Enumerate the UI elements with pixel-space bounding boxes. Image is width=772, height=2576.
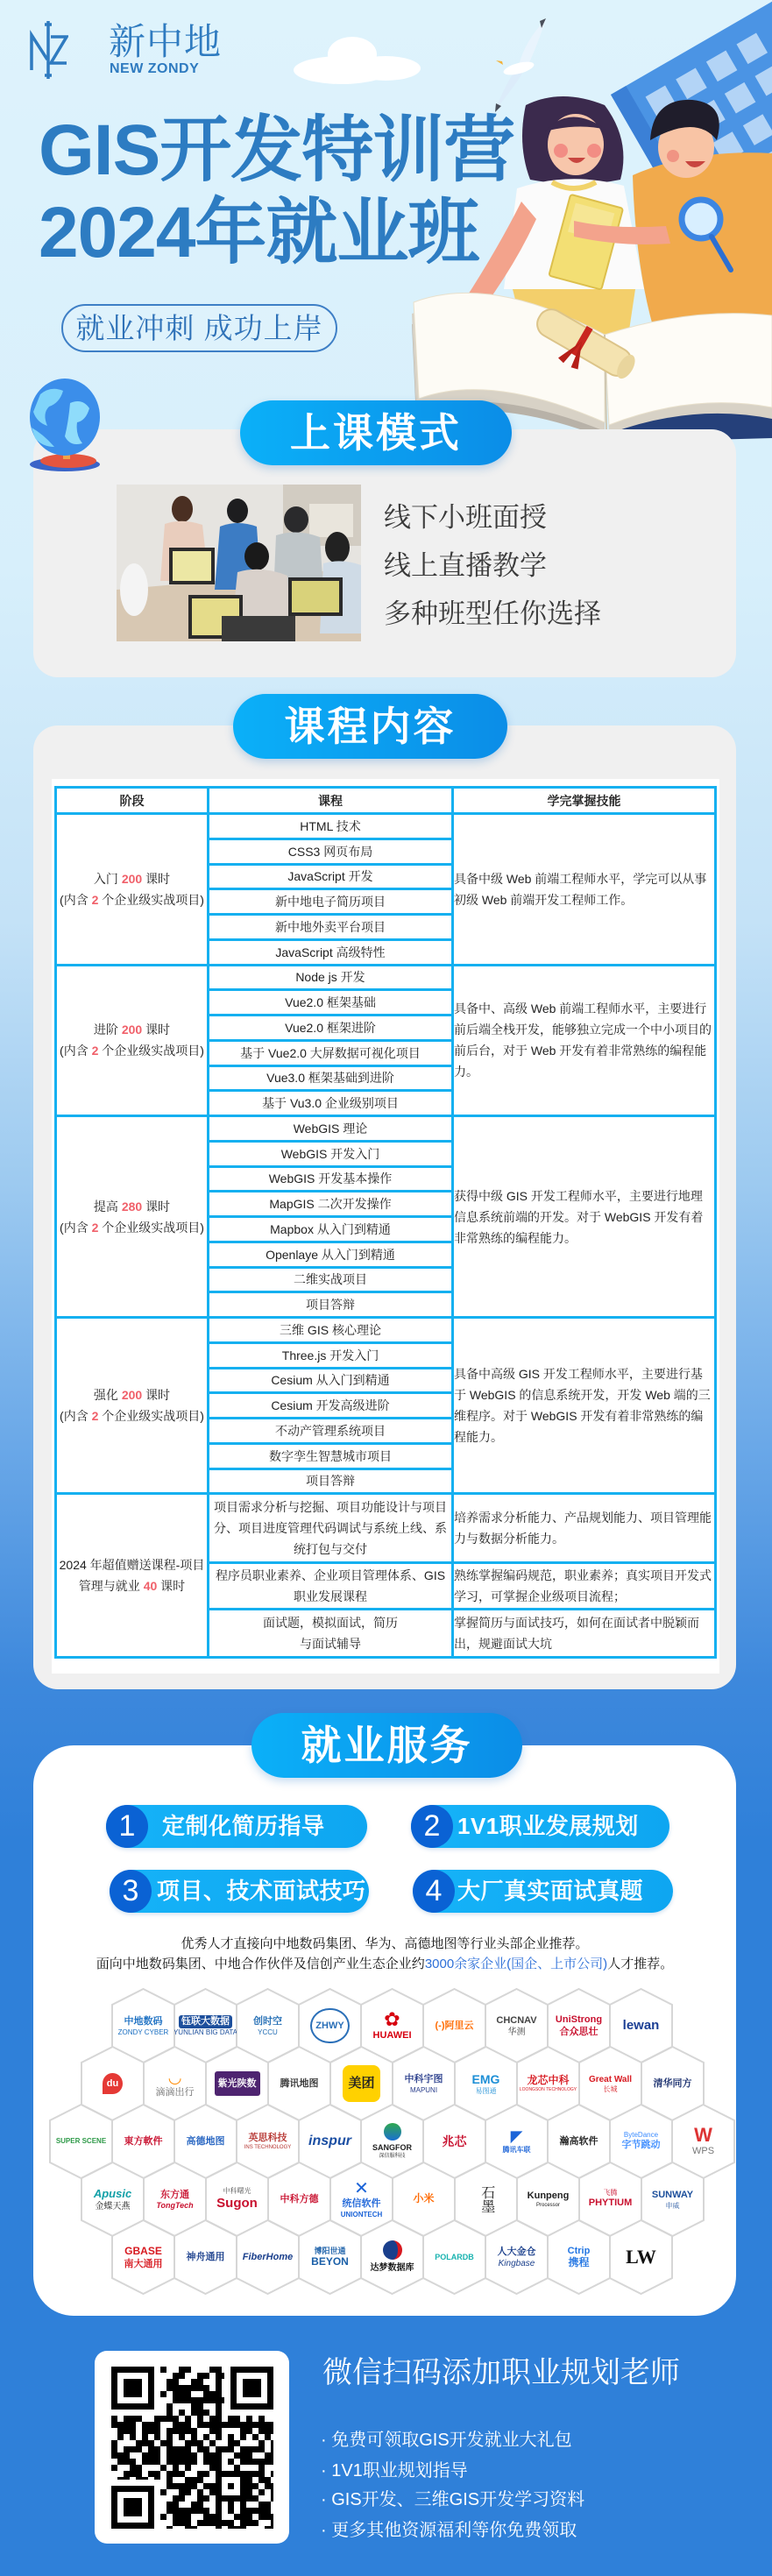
sangfor-globe-icon	[384, 2123, 401, 2141]
course-cell: 项目需求分析与挖掘、项目功能设计与项目分、项目进度管理代码调试与系统上线、系统打…	[209, 1494, 453, 1563]
huawei-petal-icon: ✿	[384, 2010, 400, 2029]
course-cell: Cesium 从入门到精通	[209, 1368, 453, 1393]
logo-name: 紫光陕数	[215, 2071, 260, 2097]
course-cell: Vue2.0 框架进阶	[209, 1016, 453, 1041]
partner-logo-lw: LW	[610, 2220, 672, 2294]
stage-cell-improve: 提高 280 课时 (内含 2 个企业级实战项目)	[56, 1116, 209, 1318]
table-row: 2024 年超值赠送课程-项目管理与就业 40 课时 项目需求分析与挖掘、项目功…	[56, 1494, 716, 1563]
logo-name: 钰联大数据	[179, 2015, 232, 2028]
stage-project-count: 2	[92, 893, 99, 907]
course-cell: WebGIS 开发基本操作	[209, 1166, 453, 1192]
service-resume-guidance: 1 定制化简历指导	[106, 1805, 367, 1848]
logo-name: 神舟通用	[184, 2251, 228, 2264]
logo-name: SUNWAY	[649, 2189, 696, 2202]
course-cell: 基于 Vue2.0 大屏数据可视化项目	[209, 1040, 453, 1065]
stage-hours: 280	[122, 1200, 142, 1214]
header-stage: 阶段	[56, 788, 209, 814]
logo-name: 英思科技	[246, 2132, 290, 2145]
logo-name: 中科方德	[278, 2193, 322, 2206]
logo-name: Great Wall	[586, 2074, 634, 2086]
logo-name: du	[103, 2073, 123, 2095]
benefit-item: · 1V1职业规划指导	[321, 2459, 468, 2482]
partner-logo-kingbase: 人大金仓Kingbase	[485, 2220, 548, 2294]
classroom-photo	[117, 485, 361, 641]
table-row: 入门 200 课时 (内含 2 个企业级实战项目) HTML 技术 具备中级 W…	[56, 814, 716, 839]
table-row: 进阶 200 课时 (内含 2 个企业级实战项目) Node js 开发 具备中…	[56, 965, 716, 990]
course-cell: WebGIS 开发入门	[209, 1141, 453, 1166]
logo-sub: 申威	[666, 2202, 680, 2210]
service-label: 大厂真实面试真题	[457, 1870, 643, 1913]
stage-name: 进阶	[94, 1023, 118, 1037]
stage-hours: 200	[122, 872, 142, 886]
number-badge: 4	[413, 1870, 455, 1913]
logo-name: 瀚高软件	[557, 2135, 601, 2148]
logo-sub: 南大通用	[124, 2259, 163, 2270]
logo-sub: 华测	[508, 2028, 526, 2038]
course-cell: Node js 开发	[209, 965, 453, 990]
globe-icon	[25, 377, 105, 471]
course-cell: Three.js 开发入门	[209, 1342, 453, 1368]
services-description-line1: 优秀人才直接向中地数码集团、华为、高德地图等行业头部企业推荐。	[33, 1936, 736, 1953]
logo-name: POLARDB	[432, 2252, 477, 2262]
employment-services-heading: 就业服务	[251, 1713, 522, 1778]
logo-name: ZHWY	[310, 2008, 349, 2044]
course-cell: 项目答辩	[209, 1468, 453, 1494]
course-cell: Vue3.0 框架基础到进阶	[209, 1065, 453, 1091]
desc-highlight: 3000余家企业(国企、上市公司)	[425, 1957, 607, 1971]
logo-name: 达梦数据库	[368, 2262, 417, 2275]
logo-sub: 深信服科技	[379, 2154, 405, 2160]
stage-unit: 课时	[145, 872, 170, 886]
qr-finder-bottom-left	[111, 2480, 160, 2529]
table-row: 强化 200 课时 (内含 2 个企业级实战项目) 三维 GIS 核心理论 具备…	[56, 1318, 716, 1343]
stage-hours: 200	[122, 1388, 142, 1402]
logo-name: 飞腾	[604, 2189, 618, 2197]
stage-unit: 课时	[160, 1579, 185, 1593]
logo-name: EMG	[470, 2071, 503, 2087]
service-interview-skills: 3 项目、技术面试技巧	[110, 1870, 369, 1913]
service-label: 1V1职业发展规划	[457, 1805, 639, 1848]
course-cell: WebGIS 理论	[209, 1116, 453, 1142]
curriculum-heading: 课程内容	[233, 694, 507, 759]
stage-cell-bonus: 2024 年超值赠送课程-项目管理与就业 40 课时	[56, 1494, 209, 1658]
skill-cell: 具备中高级 GIS 开发工程师水平，主要进行基于 WebGIS 的信息系统开发，…	[453, 1318, 716, 1494]
course-cell: HTML 技术	[209, 814, 453, 839]
logo-sub: 长城	[604, 2085, 618, 2093]
class-mode-online: 线上直播教学	[384, 550, 547, 582]
desc-prefix: 面向中地数码集团、中地合作伙伴及信创产业生态企业约	[96, 1957, 425, 1971]
class-mode-heading: 上课模式	[240, 400, 512, 465]
logo-name: HUAWEI	[371, 2029, 414, 2042]
logo-sub: YCCU	[258, 2028, 278, 2036]
logo-name: 中科宇图	[402, 2073, 446, 2086]
cloud-icon	[294, 37, 421, 84]
stage-cell-intensive: 强化 200 课时 (内含 2 个企业级实战项目)	[56, 1318, 209, 1494]
logo-name: 创时空	[251, 2015, 285, 2028]
services-description-line2: 面向中地数码集团、中地合作伙伴及信创产业生态企业约3000余家企业(国企、上市公…	[33, 1956, 736, 1973]
number-badge: 3	[110, 1870, 152, 1913]
qr-alignment	[216, 2471, 246, 2502]
stage-project-count: 2	[92, 1409, 99, 1423]
logo-sub: 金蝶天燕	[96, 2202, 131, 2212]
course-cell: MapGIS 二次开发操作	[209, 1192, 453, 1217]
logo-name: 腾讯地图	[278, 2077, 322, 2091]
logo-sub: UNIONTECH	[341, 2211, 383, 2219]
partner-logo-ctrip: Ctrip携程	[548, 2220, 610, 2294]
wechat-qr-code	[111, 2367, 273, 2529]
course-cell: Cesium 开发高级进阶	[209, 1393, 453, 1419]
logo-name: FiberHome	[240, 2251, 295, 2264]
logo-name: WPS	[690, 2145, 717, 2158]
service-label: 项目、技术面试技巧	[157, 1870, 366, 1913]
logo-name: GBASE	[122, 2245, 165, 2259]
didi-icon: ◡	[169, 2069, 181, 2086]
logo-name: 高德地图	[184, 2135, 228, 2148]
logo-sub: MAPUNI	[410, 2086, 437, 2094]
course-cell: 新中地电子简历项目	[209, 889, 453, 915]
stage-project-count: 2	[92, 1044, 99, 1058]
logo-sub: TongTech	[156, 2201, 193, 2210]
stage-project-count: 2	[92, 1221, 99, 1235]
logo-sub: 中科曙光	[223, 2187, 251, 2195]
course-cell: 项目答辩	[209, 1292, 453, 1318]
logo-name: 龙芯中科	[524, 2074, 571, 2088]
logo-name: SANGFOR	[370, 2142, 414, 2153]
skill-cell: 培养需求分析能力、产品规划能力、项目管理能力与数据分析能力。	[453, 1494, 716, 1563]
course-cell: 基于 Vu3.0 企业级别项目	[209, 1091, 453, 1116]
partner-logo-gbase: GBASE南大通用	[112, 2220, 174, 2294]
table-row: 提高 280 课时 (内含 2 个企业级实战项目) WebGIS 理论 获得中级…	[56, 1116, 716, 1142]
stage-unit: 课时	[145, 1388, 170, 1402]
logo-name: 东方通	[158, 2189, 192, 2202]
logo-sub: INS TECHNOLOGY	[244, 2145, 292, 2151]
wps-w-icon: W	[694, 2126, 712, 2145]
skill-cell: 获得中级 GIS 开发工程师水平，主要进行地理信息系统前端的开发。对于 WebG…	[453, 1116, 716, 1318]
logo-name: 小米	[410, 2192, 436, 2206]
stage-unit: 课时	[145, 1023, 170, 1037]
number-badge: 1	[106, 1805, 148, 1848]
logo-name: SUPER SCENE	[53, 2136, 109, 2146]
logo-name: 中地数码	[122, 2015, 166, 2028]
stage-hours: 40	[144, 1579, 158, 1593]
logo-name: 人大金仓	[495, 2246, 539, 2259]
stage-cell-advanced: 进阶 200 课时 (内含 2 个企业级实战项目)	[56, 965, 209, 1116]
logo-sub: Processor	[536, 2203, 560, 2209]
logo-name: Sugon	[214, 2195, 260, 2212]
stage-unit: 课时	[145, 1200, 170, 1214]
logo-sub: 携程	[568, 2257, 589, 2269]
skill-cell: 熟练掌握编码规范，职业素养；真实项目开发式学习，可掌握企业级项目流程；	[453, 1563, 716, 1610]
course-cell: 数字孪生智慧城市项目	[209, 1443, 453, 1468]
service-label: 定制化简历指导	[162, 1805, 325, 1848]
stage-note: (内含	[60, 1409, 89, 1423]
stage-note: 个企业级实战项目)	[102, 893, 204, 907]
course-cell: 程序员职业素养、企业项目管理体系、GIS 职业发展课程	[209, 1563, 453, 1610]
service-interview-questions: 4 大厂真实面试真题	[413, 1870, 673, 1913]
service-career-planning: 2 1V1职业发展规划	[411, 1805, 669, 1848]
logo-sub: PHYTIUM	[586, 2197, 635, 2210]
course-cell: CSS3 网页布局	[209, 839, 453, 864]
stage-hours: 200	[122, 1023, 142, 1037]
logo-name: (-)阿里云	[433, 2020, 477, 2033]
stage-note: (内含	[60, 1221, 89, 1235]
stage-note: (内含	[60, 893, 89, 907]
course-cell: 面试题，模拟面试，简历 与面试辅导	[209, 1610, 453, 1658]
course-cell: 二维实战项目	[209, 1267, 453, 1292]
class-mode-options: 多种班型任你选择	[384, 598, 601, 630]
logo-name: 腾讯车联	[500, 2145, 534, 2155]
uniontech-x-icon: ✕	[354, 2180, 369, 2197]
course-cell: JavaScript 高级特性	[209, 939, 453, 965]
partner-logo-polardb: POLARDB	[423, 2220, 485, 2294]
logo-name: inspur	[306, 2133, 354, 2150]
partner-logo-shenzhou: 神舟通用	[174, 2220, 237, 2294]
course-cell: Mapbox 从入门到精通	[209, 1217, 453, 1242]
hero-illustration	[0, 0, 772, 456]
header-course: 课程	[209, 788, 453, 814]
logo-sub: BEYON	[311, 2256, 349, 2268]
course-cell: Openlaye 从入门到精通	[209, 1242, 453, 1267]
logo-name: 清华同方	[651, 2077, 695, 2091]
desc-suffix: 人才推荐。	[607, 1957, 673, 1971]
logo-name: LW	[623, 2245, 659, 2268]
logo-sub: ByteDance	[624, 2131, 658, 2139]
logo-sub: YUNLIAN BIG DATA	[174, 2028, 237, 2036]
stage-note: 个企业级实战项目)	[102, 1221, 204, 1235]
logo-name: 字节跳动	[620, 2139, 663, 2152]
stage-name: 强化	[94, 1388, 118, 1402]
stage-cell-intro: 入门 200 课时 (内含 2 个企业级实战项目)	[56, 814, 209, 966]
contact-title: 微信扫码添加职业规划老师	[322, 2355, 680, 2390]
logo-name: 统信软件	[340, 2197, 384, 2211]
partner-logo-fiberhome: FiberHome	[237, 2220, 299, 2294]
logo-sub: Kingbase	[499, 2259, 535, 2269]
logo-name: 美团	[343, 2065, 379, 2101]
partner-logo-dameng: 达梦数据库	[361, 2220, 423, 2294]
seagull-icon	[495, 18, 546, 112]
qr-finder-top-right	[224, 2367, 273, 2416]
course-cell: 不动产管理系统项目	[209, 1419, 453, 1444]
course-cell: JavaScript 开发	[209, 864, 453, 889]
course-cell: 三维 GIS 核心理论	[209, 1318, 453, 1343]
logo-sub: ZONDY CYBER	[118, 2028, 169, 2036]
class-mode-offline: 线下小班面授	[384, 502, 547, 534]
tencent-auto-icon: ◤	[511, 2127, 523, 2145]
skill-cell: 具备中、高级 Web 前端工程师水平，主要进行前后端全栈开发，能够独立完成一个中…	[453, 965, 716, 1116]
skill-cell: 掌握简历与面试技巧，如何在面试者中脱颖而出，规避面试大坑	[453, 1610, 716, 1658]
course-cell: 新中地外卖平台项目	[209, 915, 453, 940]
stage-note: (内含	[60, 1044, 89, 1058]
partner-logo-beyon: 博阳世通BEYON	[299, 2220, 361, 2294]
table-header-row: 阶段 课程 学完掌握技能	[56, 788, 716, 814]
logo-sub: LOONGSON TECHNOLOGY	[520, 2088, 577, 2093]
stage-name: 入门	[94, 872, 118, 886]
logo-name: UniStrong	[553, 2013, 605, 2027]
benefit-item: · GIS开发、三维GIS开发学习资料	[321, 2488, 584, 2511]
number-badge: 2	[411, 1805, 453, 1848]
dameng-icon	[383, 2240, 402, 2260]
logo-name: CHCNAV	[493, 2014, 539, 2028]
stage-name: 提高	[94, 1200, 118, 1214]
logo-name: lewan	[620, 2017, 662, 2034]
stage-note: 个企业级实战项目)	[102, 1409, 204, 1423]
logo-name: Kunpeng	[525, 2190, 572, 2203]
benefit-item: · 免费可领取GIS开发就业大礼包	[321, 2429, 572, 2452]
course-cell: Vue2.0 框架基础	[209, 990, 453, 1016]
logo-name: 東方軟件	[122, 2135, 166, 2148]
benefit-item: · 更多其他资源福利等你免费领取	[321, 2519, 577, 2542]
logo-sub: 易图通	[476, 2087, 497, 2095]
logo-sub: 合众思壮	[560, 2027, 598, 2038]
header-skill: 学完掌握技能	[453, 788, 716, 814]
logo-name: Apusic	[91, 2187, 134, 2202]
logo-name: 石墨	[475, 2184, 496, 2214]
stage-note: 个企业级实战项目)	[102, 1044, 204, 1058]
skill-cell: 具备中级 Web 前端工程师水平，学完可以从事初级 Web 前端开发工程师工作。	[453, 814, 716, 966]
logo-name: 滴滴出行	[153, 2086, 197, 2099]
curriculum-table: 阶段 课程 学完掌握技能 入门 200 课时 (内含 2 个企业级实战项目) H…	[54, 786, 717, 1659]
logo-name: 兆芯	[440, 2134, 470, 2149]
qr-finder-top-left	[111, 2367, 160, 2416]
